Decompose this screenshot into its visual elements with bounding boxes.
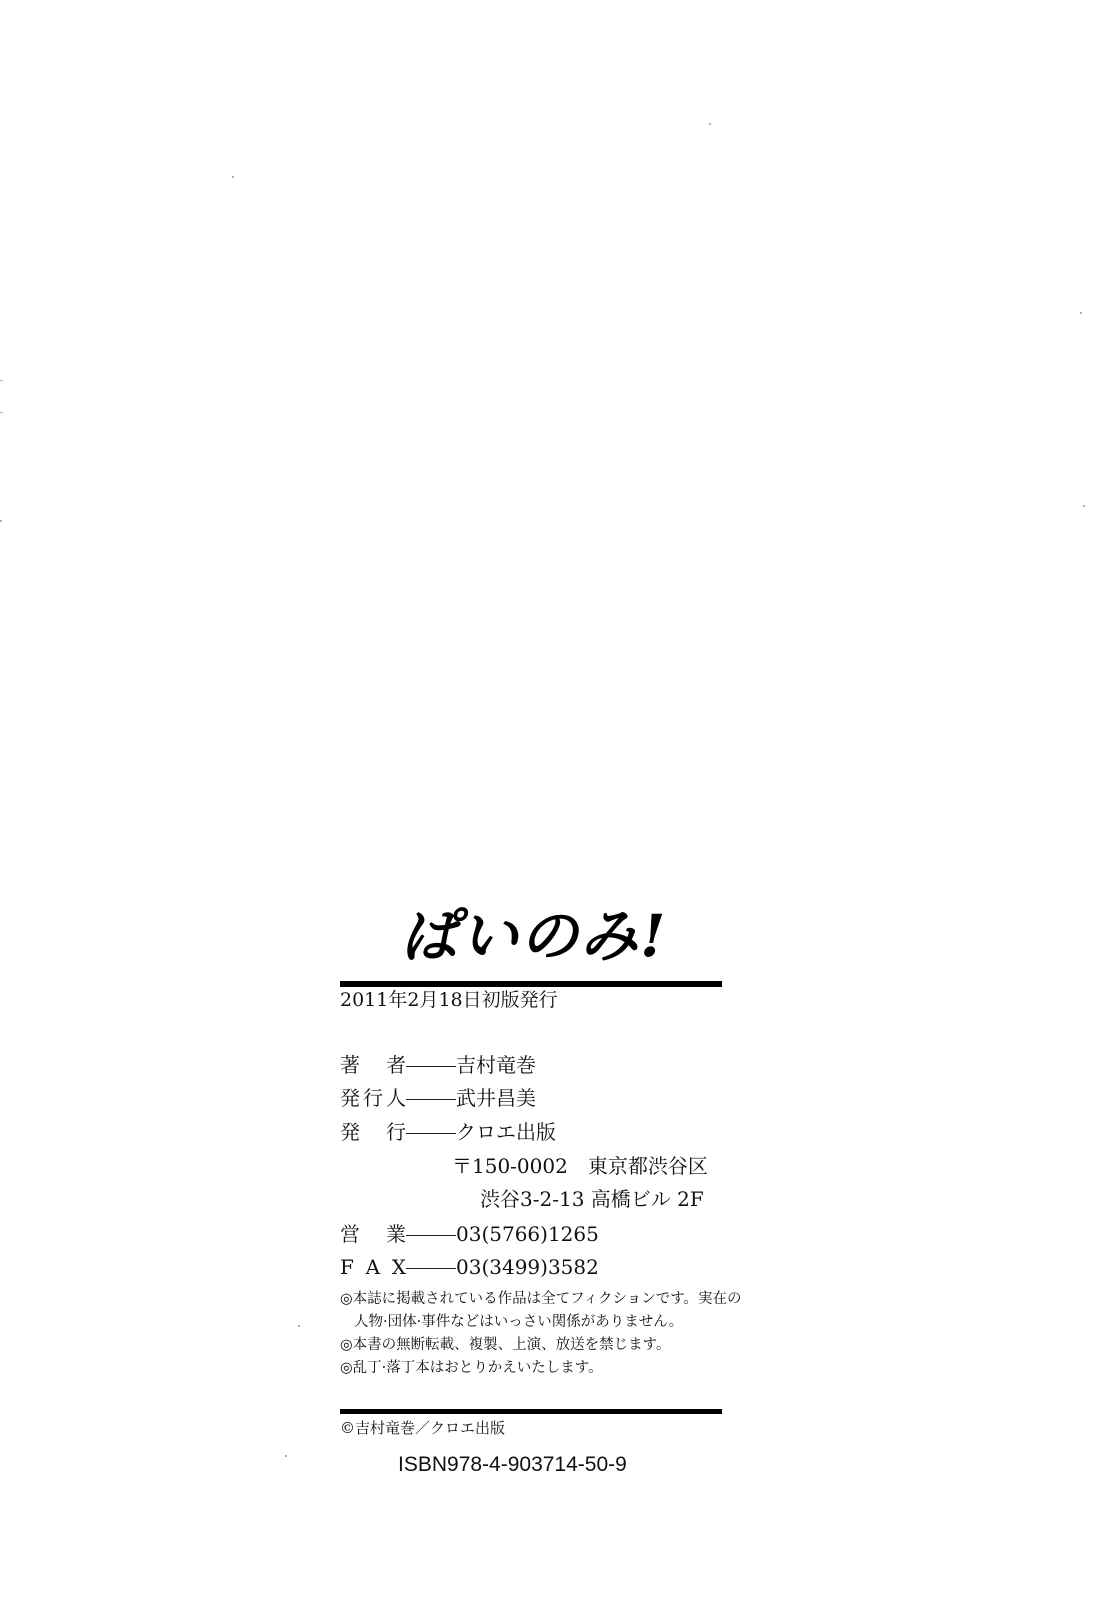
contact-row-fax: F A X 03(3499)3582 [340, 1253, 599, 1281]
leader-dash [406, 1066, 456, 1067]
credit-label: 著 者 [340, 1051, 406, 1079]
book-title: ぱいのみ! [400, 904, 667, 968]
edition-date: 2011年2月18日初版発行 [340, 987, 558, 1013]
credit-label: 発行人 [340, 1084, 406, 1112]
credit-value: クロエ出版 [456, 1118, 556, 1146]
scan-speck [1080, 312, 1082, 314]
scan-speck [285, 1455, 287, 1457]
contact-row-sales: 営 業 03(5766)1265 [340, 1220, 599, 1248]
credit-row-author: 著 者 吉村竜巻 [340, 1051, 536, 1079]
note-fiction-cont: 人物·団体·事件などはいっさい関係がありません。 [340, 1311, 740, 1334]
isbn-code: ISBN978-4-903714-50-9 [398, 1451, 627, 1479]
copyright-notice: ©吉村竜巻／クロエ出版 [340, 1417, 505, 1439]
scan-speck [709, 123, 711, 125]
note-misprint: ◎乱丁·落丁本はおとりかえいたします。 [340, 1357, 740, 1380]
leader-dash [406, 1235, 456, 1236]
scan-speck [0, 520, 2, 522]
credit-label: 発 行 [340, 1118, 406, 1146]
note-copying: ◎本書の無断転載、複製、上演、放送を禁じます。 [340, 1334, 740, 1357]
credit-value: 武井昌美 [456, 1084, 536, 1112]
credit-value: 吉村竜巻 [456, 1051, 536, 1079]
scan-speck [1083, 505, 1085, 507]
scan-speck [232, 176, 234, 178]
contact-value: 03(5766)1265 [456, 1220, 599, 1248]
credit-row-publisher-person: 発行人 武井昌美 [340, 1084, 536, 1112]
scan-speck [0, 380, 3, 381]
leader-dash [406, 1133, 456, 1134]
bottom-rule-divider [340, 1409, 722, 1414]
contact-label: 営 業 [340, 1220, 406, 1248]
leader-dash [406, 1099, 456, 1100]
scan-speck [0, 412, 3, 413]
contact-label: F A X [340, 1253, 406, 1281]
note-fiction: ◎本誌に掲載されている作品は全てフィクションです。実在の [340, 1288, 740, 1311]
scan-speck [298, 1325, 300, 1327]
contact-value: 03(3499)3582 [456, 1253, 599, 1281]
address-line-2: 渋谷3-2-13 高橋ビル 2F [480, 1185, 704, 1213]
address-line-1: 〒150-0002 東京都渋谷区 [452, 1152, 708, 1180]
credit-row-publisher: 発 行 クロエ出版 [340, 1118, 556, 1146]
legal-notes: ◎本誌に掲載されている作品は全てフィクションです。実在の 人物·団体·事件などは… [340, 1288, 740, 1380]
leader-dash [406, 1268, 456, 1269]
